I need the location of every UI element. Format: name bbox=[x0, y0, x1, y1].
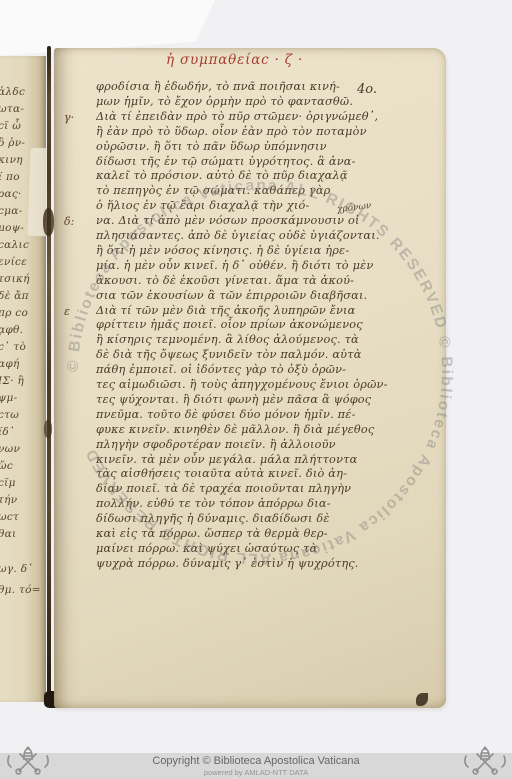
vatican-emblem-icon bbox=[463, 746, 507, 776]
facing-page-text-fragment: ὥϲ bbox=[0, 460, 13, 472]
facing-page-text-fragment: θμ. τό= bbox=[0, 584, 41, 596]
manuscript-line: πάθη ἐμποιεῖ. οἱ ἰδόντες γὰρ τὸ ὀξὺ ὁρῶν… bbox=[96, 363, 346, 377]
margin-question-number: ε bbox=[64, 305, 70, 318]
manuscript-line: ἢ ἐὰν πρὸ τὸ ὕδωρ. οἷον ἐὰν πρὸ τὸν ποτα… bbox=[96, 125, 367, 139]
manuscript-line: καὶ εἰς τὰ πόρρω. ὥσπερ τὰ θερμὰ θερ- bbox=[96, 527, 328, 541]
manuscript-line: μαίνει πόρρω. καὶ ψύχει ὡσαύτως τὰ bbox=[96, 542, 317, 556]
facing-page-text-fragment: ψμ- bbox=[0, 392, 18, 404]
manuscript-line: Διὰ τί ἐπειδὰν πρὸ τὸ πῦρ στῶμεν· ὀριγνώ… bbox=[96, 110, 378, 124]
manuscript-line: τὸ πεπηγὸς ἐν τῷ σώματι. καθάπερ γὰρ bbox=[96, 184, 331, 198]
binding-stitch bbox=[43, 208, 54, 236]
manuscript-line: ἢ ὅτι ἡ μὲν νόσος κίνησις. ἡ δὲ ὑγίεια ἠ… bbox=[96, 244, 349, 258]
manuscript-line: πολλήν. εὐθύ τε τὸν τόπον ἀπόρρω δια- bbox=[96, 497, 331, 511]
facing-page-text-fragment: ωϲτ bbox=[0, 511, 19, 523]
manuscript-line: κινεῖν. τὰ μὲν οὖν μεγάλα. μάλα πλήττοντ… bbox=[96, 453, 357, 467]
manuscript-line: τὰς αἰσθήσεις τοιαῦτα αὐτὰ κινεῖ. διὸ ἀη… bbox=[96, 467, 347, 481]
facing-page-text-fragment: θαι bbox=[0, 528, 16, 540]
facing-page-text-fragment: ϊδ᾽ bbox=[0, 426, 15, 438]
manuscript-page: ἡ συμπαθείαϲ · ζ · 4o. γ·δ:ε φροδίσια ἢ … bbox=[54, 48, 446, 708]
manuscript-line: πνεῦμα. τοῦτο δὲ φύσει δύο μόνον ἡμῖν. π… bbox=[96, 408, 356, 422]
manuscript-line: ψυχρὰ πόρρω. δύναμις γ᾽ ἐστὶν ἡ ψυχρότης… bbox=[96, 557, 359, 571]
manuscript-line: καλεῖ τὸ πρόσιον. αὐτὸ δὲ τὸ πῦρ διαχαλᾷ bbox=[96, 169, 348, 183]
powered-by-text: powered by AMLAD-NTT DATA bbox=[0, 768, 512, 777]
manuscript-line: να. Διὰ τί ἀπὸ μὲν νόσων προσκάμνουσιν ο… bbox=[96, 214, 360, 228]
manuscript-line: φρίττειν ἡμᾶς ποιεῖ. οἷον πρίων ἀκονώμεν… bbox=[96, 318, 363, 332]
binding-gutter bbox=[47, 46, 51, 706]
facing-page-text-fragment: ϲτω bbox=[0, 409, 19, 421]
manuscript-line: φροδίσια ἢ ἐδωδήν, τὸ πνᾶ ποιῆσαι κινή- bbox=[96, 80, 340, 94]
margin-question-number: δ: bbox=[64, 215, 74, 228]
manuscript-line: ἄκουσι. τὸ δὲ ἑκοῦσι γίνεται. ἅμα τὰ ἀκο… bbox=[96, 274, 354, 288]
facing-page-text-fragment: τήν bbox=[0, 494, 17, 506]
manuscript-line: σια τῶν ἑκουσίων ἃ τῶν ἐπιρροιῶν διαβῆσα… bbox=[96, 289, 367, 303]
facing-page-text-fragment: ϊ πο bbox=[0, 171, 20, 183]
page-rubric: ἡ συμπαθείαϲ · ζ · bbox=[166, 52, 303, 68]
manuscript-line: δίαν ποιεῖ. τὰ δὲ τραχέα ποιοῦνται πληγὴ… bbox=[96, 482, 351, 496]
margin-question-numbers: γ·δ:ε bbox=[64, 80, 92, 582]
manuscript-line: τες αἱμωδιῶσι. ἢ τοὺς ἀπηγχομένους ἔνιοι… bbox=[96, 378, 388, 392]
manuscript-line: πληγὴν σφοδροτέραν ποιεῖν. ἢ ἀλλοιοῦν bbox=[96, 438, 336, 452]
facing-page-text-fragment: ωγ. δ᾽ bbox=[0, 563, 33, 575]
binding-stitch bbox=[44, 420, 52, 438]
manuscript-text-block: φροδίσια ἢ ἐδωδήν, τὸ πνᾶ ποιῆσαι κινή-μ… bbox=[96, 80, 410, 582]
facing-page-text-fragment: ϲαλιϲ bbox=[0, 239, 29, 251]
digitized-manuscript-viewer: ἁλδϲωτα-ϲϊ ὦὃ ῤν-κινηϊ πορας·ϲμα-μοψ-ϲαλ… bbox=[0, 0, 512, 779]
facing-page-text-fragment: δὲ ἄπ bbox=[0, 290, 29, 302]
facing-page-text-fragment: ενίϲε bbox=[0, 256, 27, 268]
copyright-text: Copyright © Biblioteca Apostolica Vatica… bbox=[0, 755, 512, 767]
margin-question-number: γ· bbox=[64, 111, 74, 124]
facing-page-text-fragment: πρ ϲο bbox=[0, 307, 28, 319]
damaged-corner bbox=[416, 693, 428, 706]
facing-page-text-fragment: ρας· bbox=[0, 188, 22, 200]
manuscript-line: οὐρῶσιν. ἢ ὅτι τὸ πᾶν ὕδωρ ὑπόμνησιν bbox=[96, 140, 327, 154]
manuscript-line: μία. ἡ μὲν οὖν κινεῖ. ἡ δ᾽ οὐθέν. ἢ διότ… bbox=[96, 259, 373, 273]
manuscript-line: δὲ διὰ τῆς ὄψεως ξυνιδεῖν τὸν παλμόν. αὐ… bbox=[96, 348, 362, 362]
vatican-emblem-icon bbox=[6, 746, 50, 776]
manuscript-line: δίδωσι τῆς ἐν τῷ σώματι ὑγρότητος. ἃ ἀνα… bbox=[96, 155, 356, 169]
manuscript-line: ὁ ἥλιος ἐν τῷ ἔαρι διαχαλᾷ τὴν χιό- bbox=[96, 199, 309, 213]
facing-page-text-fragment: ϲμα- bbox=[0, 205, 23, 217]
facing-page-text-fragment: ωτα- bbox=[0, 103, 24, 115]
facing-page-text-fragment: ΙΣ· ἢ bbox=[0, 375, 24, 387]
facing-page-text-fragment: ϲϊμ bbox=[0, 477, 16, 489]
facing-page-text-fragment: νων bbox=[0, 443, 20, 455]
facing-page-text-fragment: αφή bbox=[0, 358, 20, 370]
facing-page-text-fragment: ϲϊ ὦ bbox=[0, 120, 21, 132]
manuscript-line: φυκε κινεῖν. κινηθὲν δὲ μᾶλλον. ἢ διὰ μέ… bbox=[96, 423, 374, 437]
manuscript-line: μων ἡμῖν, τὸ ἔχον ὁρμὴν πρὸ τὸ φαντασθῶ. bbox=[96, 95, 353, 109]
manuscript-line: Διὰ τί τῶν μὲν διὰ τῆς ἀκοῆς λυπηρῶν ἔνι… bbox=[96, 304, 356, 318]
manuscript-line: πλησιάσαντες. ἀπὸ δὲ ὑγιείας οὐδὲ ὑγιάζο… bbox=[96, 229, 380, 243]
facing-page-text-fragment: μοψ- bbox=[0, 222, 24, 234]
manuscript-line: τες ψύχονται. ἢ διότι φωνὴ μὲν πᾶσα ἃ ψό… bbox=[96, 393, 371, 407]
facing-page-text-fragment: ἁλδϲ bbox=[0, 86, 25, 98]
facing-page-text-fragment: τσική bbox=[0, 273, 30, 285]
facing-page-text-fragment: κινη bbox=[0, 154, 23, 166]
facing-page-edge: ἁλδϲωτα-ϲϊ ὦὃ ῤν-κινηϊ πορας·ϲμα-μοψ-ϲαλ… bbox=[0, 56, 46, 702]
manuscript-line: δίδωσι πληγῆς ἡ δύναμις. διαδίδωσι δὲ bbox=[96, 512, 330, 526]
manuscript-line: ἢ κίσηρις τεμνομένη. ἃ λίθος ἀλούμενος. … bbox=[96, 333, 359, 347]
facing-page-text-fragment: ᾳφθ. bbox=[0, 324, 23, 336]
facing-page-text-fragment: ϲ᾽ τὸ bbox=[0, 341, 26, 353]
facing-page-text-fragment: ὃ ῤν- bbox=[0, 137, 25, 149]
